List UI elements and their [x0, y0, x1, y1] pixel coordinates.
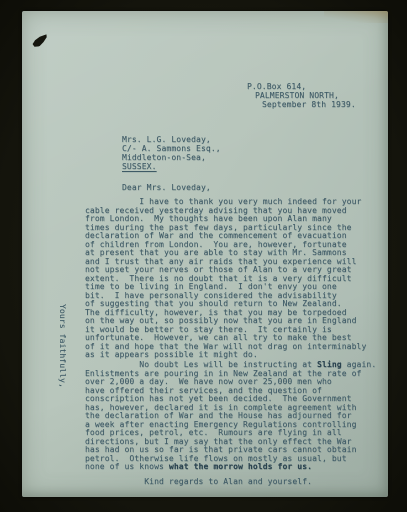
vertical-closing-signoff: Yours faithfully, — [58, 304, 67, 388]
recipient-address-line: Mrs. L.G. Loveday, — [122, 135, 211, 144]
photo-mount: P.O.Box 614, PALMERSTON NORTH, September… — [0, 0, 407, 512]
recipient-address-line: C/- A. Sammons Esq., — [122, 144, 221, 153]
paragraph-2-text: again. Enlistments are pouring in in New… — [85, 360, 376, 471]
sender-address-line: P.O.Box 614, — [247, 82, 306, 91]
recipient-county-line: SUSSEX. — [122, 162, 157, 171]
sender-address-line: PALMERSTON NORTH, — [255, 91, 339, 100]
letter-paper: P.O.Box 614, PALMERSTON NORTH, September… — [22, 11, 388, 497]
letter-body-paragraph-2: No doubt Les will be instructing at Slin… — [85, 361, 385, 472]
recipient-address-line: Middleton-on-Sea, — [122, 153, 206, 162]
sender-date-line: September 8th 1939. — [262, 100, 356, 109]
salutation: Dear Mrs. Loveday, — [122, 183, 211, 192]
paper-corner-discoloration — [324, 11, 388, 23]
letter-body-paragraph-1: I have to thank you very much indeed for… — [85, 198, 385, 360]
paragraph-2-bold-phrase: what the morrow holds for us. — [169, 462, 312, 471]
closing-regards-line: Kind regards to Alan and yourself. — [85, 477, 312, 486]
ink-mark — [31, 34, 49, 48]
